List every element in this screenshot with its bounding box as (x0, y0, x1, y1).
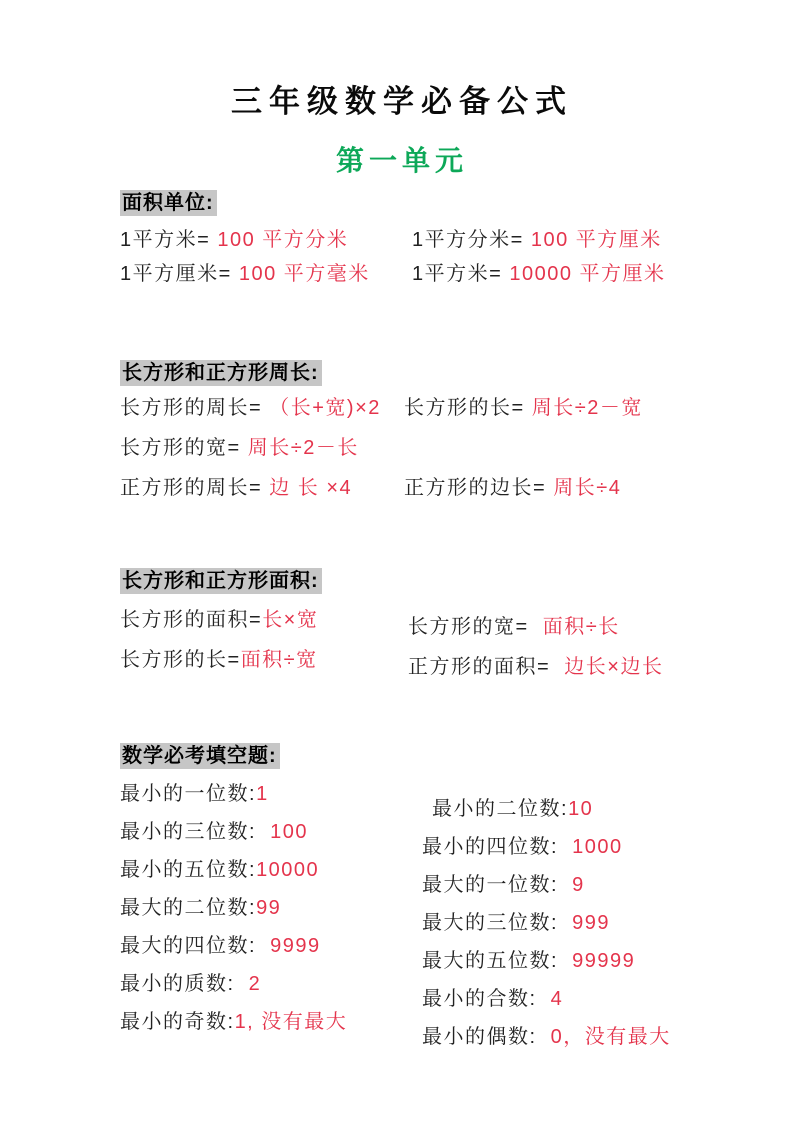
facts-column-right: 最小的二位数:10 最小的四位数: 1000 最大的一位数: 9 最大的三位数:… (422, 798, 684, 1064)
formula-value: 边长×边长 (550, 656, 663, 678)
page-title: 三年级数学必备公式 (120, 80, 684, 124)
formula-label: 正方形的面积= (408, 656, 550, 678)
fact-value: 1, 没有最大 (235, 1011, 348, 1033)
fact-item: 最小的质数: 2 (120, 973, 422, 996)
fact-label: 最小的偶数: (422, 1026, 537, 1048)
fact-item: 最小的奇数:1, 没有最大 (120, 1011, 422, 1034)
formula: 1平方厘米= 100 平方毫米 (120, 262, 412, 286)
fact-item: 最小的一位数:1 (120, 783, 422, 806)
section-heading: 长方形和正方形面积: (120, 568, 322, 594)
fact-item: 最小的三位数: 100 (120, 821, 422, 844)
fact-value: 9999 (256, 935, 321, 957)
formula: 1平方米= 100 平方分米 (120, 228, 412, 252)
fact-value: 9 (558, 874, 585, 896)
formula: 长方形的宽= 面积÷长 (408, 615, 684, 639)
formula-row: 1平方米= 100 平方分米 1平方分米= 100 平方厘米 (120, 228, 684, 252)
formula-value: （长+宽)×2 (262, 397, 381, 419)
fact-value: 100 (256, 821, 308, 843)
formula-row: 1平方厘米= 100 平方毫米 1平方米= 10000 平方厘米 (120, 262, 684, 286)
fact-label: 最大的二位数: (120, 897, 256, 919)
section-perimeter: 长方形和正方形周长: 长方形的周长= （长+宽)×2 长方形的长= 周长÷2－宽… (120, 360, 684, 500)
fact-item: 最大的五位数: 99999 (422, 950, 684, 973)
fact-label: 最小的一位数: (120, 783, 256, 805)
formula: 长方形的长=面积÷宽 (120, 648, 408, 672)
formula: 正方形的边长= 周长÷4 (404, 476, 684, 500)
facts-column-left: 最小的一位数:1 最小的三位数: 100 最小的五位数:10000 最大的二位数… (120, 783, 422, 1064)
fact-item: 最大的二位数:99 (120, 897, 422, 920)
fact-item: 最小的五位数:10000 (120, 859, 422, 882)
fact-item: 最大的四位数: 9999 (120, 935, 422, 958)
formula-value: 100 平方分米 (210, 229, 348, 251)
unit-heading: 第一单元 (120, 142, 684, 180)
formula-value: 边 长 ×4 (262, 477, 352, 499)
section-heading: 长方形和正方形周长: (120, 360, 322, 386)
fact-label: 最小的合数: (422, 988, 537, 1010)
formula: 长方形的周长= （长+宽)×2 (120, 396, 404, 420)
formula-row: 长方形的面积=长×宽 长方形的宽= 面积÷长 (120, 608, 684, 632)
fact-value: 10000 (256, 859, 319, 881)
section-fill-blanks: 数学必考填空题: 最小的一位数:1 最小的三位数: 100 最小的五位数:100… (120, 743, 684, 1064)
formula-value: 周长÷2－长 (241, 437, 359, 459)
formula-row: 长方形的周长= （长+宽)×2 长方形的长= 周长÷2－宽 (120, 396, 684, 420)
fact-item: 最小的合数: 4 (422, 988, 684, 1011)
fact-label: 最小的质数: (120, 973, 235, 995)
fact-value: 1000 (558, 836, 623, 858)
fact-value: 4 (537, 988, 564, 1010)
fact-label: 最大的一位数: (422, 874, 558, 896)
fact-label: 最大的五位数: (422, 950, 558, 972)
fact-value: 99 (256, 897, 281, 919)
formula-label: 1平方米= (120, 229, 210, 251)
fact-label: 最小的四位数: (422, 836, 558, 858)
formula-label: 正方形的边长= (404, 477, 546, 499)
formula-value: 面积÷长 (529, 616, 620, 638)
fact-label: 最大的四位数: (120, 935, 256, 957)
formula: 正方形的周长= 边 长 ×4 (120, 476, 404, 500)
fact-value: 0，没有最大 (537, 1026, 671, 1048)
fact-value: 2 (235, 973, 262, 995)
formula-value: 面积÷宽 (241, 649, 318, 671)
formula-label: 长方形的宽= (408, 616, 529, 638)
formula: 1平方分米= 100 平方厘米 (412, 228, 684, 252)
formula: 长方形的宽= 周长÷2－长 (120, 436, 404, 460)
document-page: 三年级数学必备公式 第一单元 面积单位: 1平方米= 100 平方分米 1平方分… (0, 0, 794, 1122)
formula: 长方形的长= 周长÷2－宽 (404, 396, 684, 420)
fact-item: 最小的偶数: 0，没有最大 (422, 1026, 684, 1049)
section-area: 长方形和正方形面积: 长方形的面积=长×宽 长方形的宽= 面积÷长 长方形的长=… (120, 568, 684, 672)
formula-label: 长方形的周长= (120, 397, 262, 419)
fact-value: 99999 (558, 950, 635, 972)
formula-label: 正方形的周长= (120, 477, 262, 499)
formula: 1平方米= 10000 平方厘米 (412, 262, 684, 286)
formula-label: 长方形的长= (404, 397, 525, 419)
fact-value: 10 (568, 798, 593, 820)
fact-label: 最小的奇数: (120, 1011, 235, 1033)
formula-value: 周长÷4 (546, 477, 621, 499)
fact-item: 最小的二位数:10 (422, 798, 684, 821)
formula-value: 长×宽 (262, 609, 318, 631)
fact-value: 999 (558, 912, 610, 934)
formula-value: 周长÷2－宽 (525, 397, 643, 419)
section-heading: 面积单位: (120, 190, 217, 216)
formula-row: 正方形的周长= 边 长 ×4 正方形的边长= 周长÷4 (120, 476, 684, 500)
fact-label: 最大的三位数: (422, 912, 558, 934)
formula-label: 1平方厘米= (120, 263, 232, 285)
formula-label: 1平方分米= (412, 229, 524, 251)
formula: 长方形的面积=长×宽 (120, 608, 408, 632)
formula-label: 长方形的长= (120, 649, 241, 671)
fact-label: 最小的五位数: (120, 859, 256, 881)
formula-row: 长方形的长=面积÷宽 正方形的面积= 边长×边长 (120, 648, 684, 672)
formula-row: 长方形的宽= 周长÷2－长 (120, 436, 684, 460)
formula-value: 10000 平方厘米 (502, 263, 665, 285)
fact-item: 最大的三位数: 999 (422, 912, 684, 935)
formula-value: 100 平方毫米 (232, 263, 370, 285)
fact-label: 最小的三位数: (120, 821, 256, 843)
formula-value: 100 平方厘米 (524, 229, 662, 251)
formula-label: 长方形的面积= (120, 609, 262, 631)
formula-label: 长方形的宽= (120, 437, 241, 459)
formula-label: 1平方米= (412, 263, 502, 285)
fact-label: 最小的二位数: (432, 798, 568, 820)
facts-columns: 最小的一位数:1 最小的三位数: 100 最小的五位数:10000 最大的二位数… (120, 783, 684, 1064)
fact-item: 最小的四位数: 1000 (422, 836, 684, 859)
section-area-units: 面积单位: 1平方米= 100 平方分米 1平方分米= 100 平方厘米 1平方… (120, 190, 684, 286)
section-heading: 数学必考填空题: (120, 743, 280, 769)
fact-item: 最大的一位数: 9 (422, 874, 684, 897)
formula: 正方形的面积= 边长×边长 (408, 655, 684, 679)
fact-value: 1 (256, 783, 269, 805)
